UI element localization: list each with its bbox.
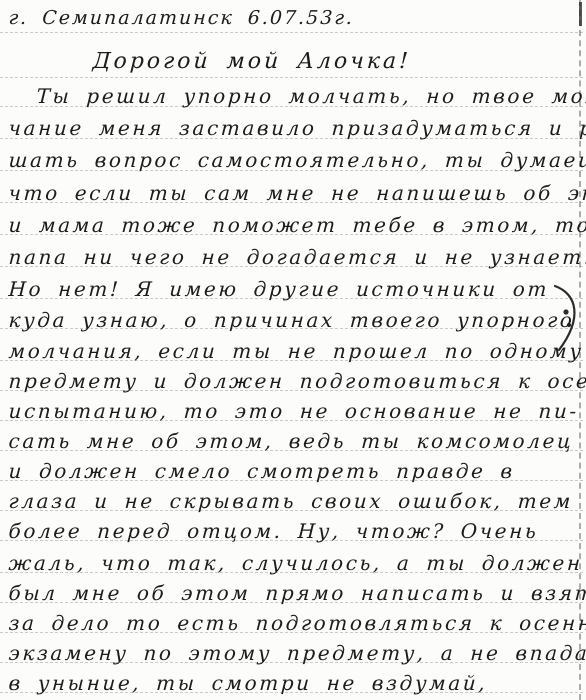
letter-line: за дело то есть подготовляться к осеннем… (8, 611, 586, 635)
letter-line: и мама тоже поможет тебе в этом, то (8, 213, 586, 237)
letter-line: сать мне об этом, ведь ты комсомолец (8, 429, 574, 453)
letter-line: Но нет! Я имею другие источники от (8, 277, 550, 301)
ruled-line (0, 77, 583, 78)
page-edge-mark (579, 2, 582, 26)
letter-line: Ты решил упорно молчать, но твое мол- (36, 84, 586, 108)
scanned-letter-page: г. Семипалатинск 6.07.53г. Дорогой мой А… (0, 0, 586, 700)
letter-line: более перед отцом. Ну, чтож? Очень (8, 519, 539, 543)
letter-line: папа ни чего не догадается и не узнает. (8, 245, 586, 269)
letter-line: был мне об этом прямо написать и взяться (8, 581, 586, 605)
letter-line: экзамену по этому предмету, а не впадать (8, 641, 586, 665)
letter-line: испытанию, то это не основание не пи- (8, 399, 579, 423)
letter-line: и должен смело смотреть правде в (8, 459, 515, 483)
letter-line: в уныние, ты смотри не вздумай, (8, 671, 488, 695)
letter-line: предмету и должен подготовиться к осенне… (8, 369, 586, 393)
letter-line: чание меня заставило призадуматься и ре- (8, 116, 586, 140)
letter-line: шать вопрос самостоятельно, ты думаешь, (8, 148, 586, 172)
letter-line: что если ты сам мне не напишешь об этом (8, 181, 586, 205)
salutation: Дорогой мой Алочка! (92, 50, 412, 74)
letter-line: глаза и не скрывать своих ошибок, тем (8, 489, 574, 513)
letter-line: жаль, что так, случилось, а ты должен (8, 551, 583, 575)
letter-line: молчания, если ты не прошел по одному (8, 339, 584, 363)
ruled-line (0, 32, 583, 33)
letter-line: куда узнаю, о причинах твоего упорного (8, 308, 575, 332)
dateline: г. Семипалатинск 6.07.53г. (8, 6, 355, 30)
